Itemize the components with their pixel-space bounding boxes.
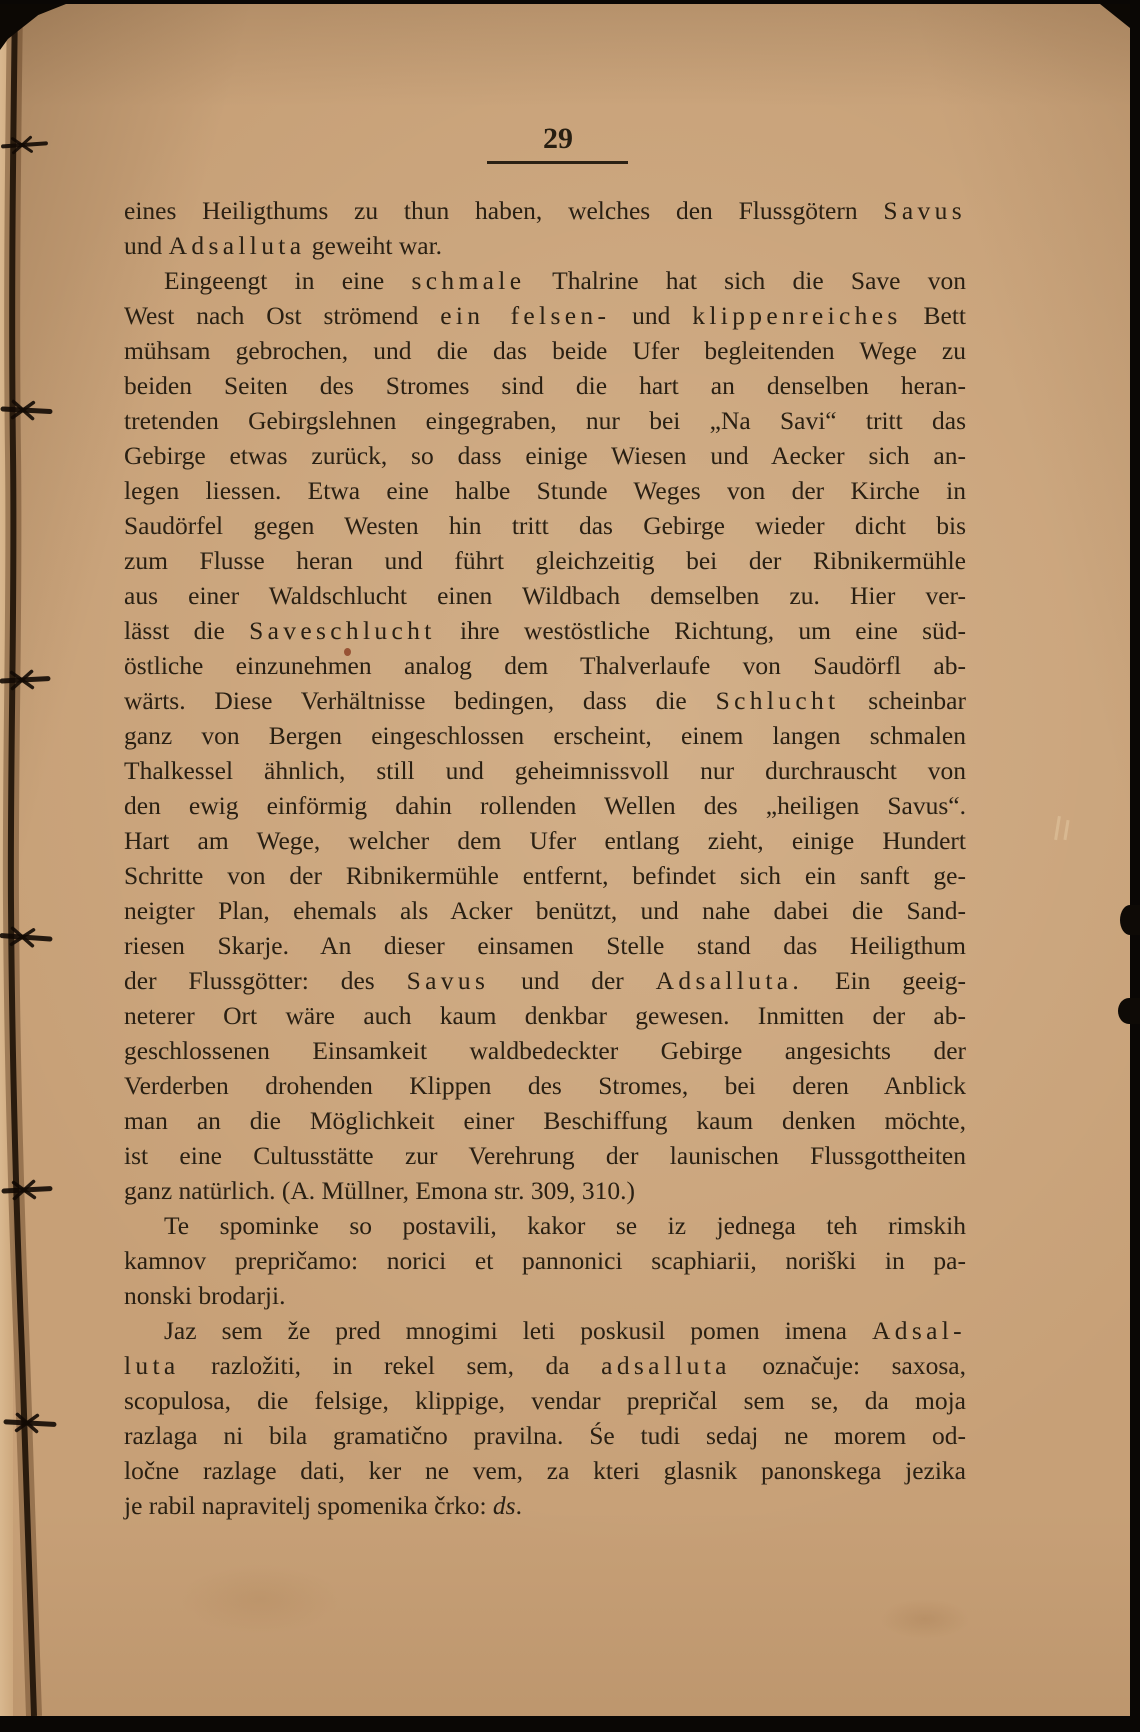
text-line: nonski brodarji. (124, 1278, 966, 1313)
body-text: wärts. Diese Verhältnisse bedingen, dass… (124, 686, 716, 715)
body-text: Saudörfel gegen Westen hin tritt das Geb… (124, 511, 966, 540)
body-text: razlaga ni bila gramatično pravilna. Śe … (124, 1421, 966, 1450)
italic-text: ds (493, 1491, 516, 1520)
body-text: Schritte von der Ribnikermühle entfernt,… (124, 861, 966, 890)
text-line: West nach Ost strömend ein felsen- und k… (124, 298, 966, 333)
text-line: Verderben drohenden Klippen des Stromes,… (124, 1068, 966, 1103)
text-line: mühsam gebrochen, und die das beide Ufer… (124, 333, 966, 368)
emphasized-spaced-text: schmale (411, 266, 525, 295)
text-line: luta razložiti, in rekel sem, da adsallu… (124, 1348, 966, 1383)
paper-stain (180, 1564, 340, 1634)
text-line: ist eine Cultusstätte zur Verehrung der … (124, 1138, 966, 1173)
text-line: legen liessen. Etwa eine halbe Stunde We… (124, 473, 966, 508)
page-number-rule (487, 161, 628, 164)
scanned-book-page: { "page": { "number": "29" }, "colors": … (0, 0, 1140, 1732)
body-text: eines Heiligthums zu thun haben, welches… (124, 196, 883, 225)
body-text: mühsam gebrochen, und die das beide Ufer… (124, 336, 966, 365)
text-line: ganz von Bergen eingeschlossen erscheint… (124, 718, 966, 753)
body-text: . (516, 1491, 522, 1520)
body-text: Bett (902, 301, 966, 330)
text-line: lässt die Saveschlucht ihre westöstliche… (124, 613, 966, 648)
paper-stain (880, 1599, 970, 1639)
text-line: Gebirge etwas zurück, so dass einige Wie… (124, 438, 966, 473)
body-text: geweiht war. (305, 231, 442, 260)
paragraph: eines Heiligthums zu thun haben, welches… (124, 193, 966, 263)
body-text: scheinbar (839, 686, 966, 715)
text-line: ganz natürlich. (A. Müllner, Emona str. … (124, 1173, 966, 1208)
body-text: tretenden Gebirgslehnen eingegraben, nur… (124, 406, 966, 435)
text-line: östliche einzunehmen analog dem Thalverl… (124, 648, 966, 683)
body-text: ločne razlage dati, ker ne vem, za kteri… (124, 1456, 966, 1485)
text-line: Thalkessel ähnlich, still und geheimniss… (124, 753, 966, 788)
body-text: Ein geeig- (803, 966, 966, 995)
adjacent-page-edge (0, 4, 13, 1716)
paragraph: Jaz sem že pred mnogimi leti poskusil po… (124, 1313, 966, 1523)
body-text: kamnov prepričamo: norici et pannonici s… (124, 1246, 966, 1275)
body-text: legen liessen. Etwa eine halbe Stunde We… (124, 476, 966, 505)
text-line: zum Flusse heran und führt gleichzeitig … (124, 543, 966, 578)
body-text: Verderben drohenden Klippen des Stromes,… (124, 1071, 966, 1100)
body-text: und (124, 231, 169, 260)
text-line: der Flussgötter: des Savus und der Adsal… (124, 963, 966, 998)
body-text: den ewig einförmig dahin rollenden Welle… (124, 791, 966, 820)
scan-corner-shadow-top-right (1100, 4, 1130, 28)
text-line: je rabil napravitelj spomenika črko: ds. (124, 1488, 966, 1523)
text-line: geschlossenen Einsamkeit waldbedeckter G… (124, 1033, 966, 1068)
text-line: neigter Plan, ehemals als Acker benützt,… (124, 893, 966, 928)
scan-edge-artifact (1120, 905, 1140, 935)
body-text: aus einer Waldschlucht einen Wildbach de… (124, 581, 966, 610)
scan-edge-artifact (1118, 998, 1140, 1024)
body-text: je rabil napravitelj spomenika črko: (124, 1491, 493, 1520)
body-text: Eingeengt in eine (164, 266, 411, 295)
emphasized-spaced-text: Adsalluta (169, 231, 306, 260)
text-line: den ewig einförmig dahin rollenden Welle… (124, 788, 966, 823)
text-line: man an die Möglichkeit einer Beschiffung… (124, 1103, 966, 1138)
text-line: beiden Seiten des Stromes sind die hart … (124, 368, 966, 403)
text-line: tretenden Gebirgslehnen eingegraben, nur… (124, 403, 966, 438)
text-line: scopulosa, die felsige, klippige, vendar… (124, 1383, 966, 1418)
paper-scratch-mark (1056, 816, 1076, 842)
emphasized-spaced-text: luta (124, 1351, 180, 1380)
emphasized-spaced-text: Adsal- (872, 1316, 966, 1345)
body-text: West nach Ost strömend (124, 301, 440, 330)
emphasized-spaced-text: Savus (883, 196, 966, 225)
text-line: neterer Ort wäre auch kaum denkbar gewes… (124, 998, 966, 1033)
book-page: 29 eines Heiligthums zu thun haben, welc… (0, 4, 1130, 1716)
text-line: razlaga ni bila gramatično pravilna. Śe … (124, 1418, 966, 1453)
body-text: zum Flusse heran und führt gleichzeitig … (124, 546, 966, 575)
body-text: riesen Skarje. An dieser einsamen Stelle… (124, 931, 966, 960)
text-line: aus einer Waldschlucht einen Wildbach de… (124, 578, 966, 613)
emphasized-spaced-text: klippenreiches (692, 301, 901, 330)
emphasized-spaced-text: Adsalluta. (656, 966, 803, 995)
body-text: ganz von Bergen eingeschlossen erscheint… (124, 721, 966, 750)
paragraph: Te spominke so postavili, kakor se iz je… (124, 1208, 966, 1313)
body-text: östliche einzunehmen analog dem Thalverl… (124, 651, 966, 680)
page-number: 29 (488, 122, 628, 156)
body-text: geschlossenen Einsamkeit waldbedeckter G… (124, 1036, 966, 1065)
body-text: razložiti, in rekel sem, da (180, 1351, 602, 1380)
text-line: Te spominke so postavili, kakor se iz je… (124, 1208, 966, 1243)
emphasized-spaced-text: Savus (407, 966, 490, 995)
text-line: ločne razlage dati, ker ne vem, za kteri… (124, 1453, 966, 1488)
body-text: Jaz sem že pred mnogimi leti poskusil po… (164, 1316, 872, 1345)
emphasized-spaced-text: Saveschlucht (249, 616, 436, 645)
page-text: eines Heiligthums zu thun haben, welches… (124, 193, 966, 1523)
text-line: eines Heiligthums zu thun haben, welches… (124, 193, 966, 228)
text-line: wärts. Diese Verhältnisse bedingen, dass… (124, 683, 966, 718)
body-text: ist eine Cultusstätte zur Verehrung der … (124, 1141, 966, 1170)
body-text: nonski brodarji. (124, 1281, 285, 1310)
body-text: neterer Ort wäre auch kaum denkbar gewes… (124, 1001, 966, 1030)
text-line: Eingeengt in eine schmale Thalrine hat s… (124, 263, 966, 298)
body-text: scopulosa, die felsige, klippige, vendar… (124, 1386, 966, 1415)
body-text: und der (489, 966, 655, 995)
text-line: Saudörfel gegen Westen hin tritt das Geb… (124, 508, 966, 543)
binding-fold-shadow (11, 4, 34, 1716)
body-text: und (610, 301, 692, 330)
body-text: Gebirge etwas zurück, so dass einige Wie… (124, 441, 966, 470)
body-text: man an die Möglichkeit einer Beschiffung… (124, 1106, 966, 1135)
text-line: und Adsalluta geweiht war. (124, 228, 966, 263)
text-line: riesen Skarje. An dieser einsamen Stelle… (124, 928, 966, 963)
binding-fold-line (11, 4, 34, 1716)
body-text: Thalkessel ähnlich, still und geheimniss… (124, 756, 966, 785)
body-text: Te spominke so postavili, kakor se iz je… (164, 1211, 966, 1240)
text-line: Jaz sem že pred mnogimi leti poskusil po… (124, 1313, 966, 1348)
emphasized-spaced-text: ein felsen- (440, 301, 610, 330)
body-text: ihre westöstliche Richtung, um eine süd- (436, 616, 966, 645)
text-line: Hart am Wege, welcher dem Ufer entlang z… (124, 823, 966, 858)
body-text: Hart am Wege, welcher dem Ufer entlang z… (124, 826, 966, 855)
body-text: označuje: saxosa, (731, 1351, 966, 1380)
body-text: neigter Plan, ehemals als Acker benützt,… (124, 896, 966, 925)
text-line: Schritte von der Ribnikermühle entfernt,… (124, 858, 966, 893)
text-line: kamnov prepričamo: norici et pannonici s… (124, 1243, 966, 1278)
emphasized-spaced-text: Schlucht (716, 686, 840, 715)
book-binding (0, 4, 90, 1716)
body-text: Thalrine hat sich die Save von (525, 266, 966, 295)
paragraph: Eingeengt in eine schmale Thalrine hat s… (124, 263, 966, 1208)
body-text: ganz natürlich. (A. Müllner, Emona str. … (124, 1176, 635, 1205)
body-text: lässt die (124, 616, 249, 645)
body-text: der Flussgötter: des (124, 966, 407, 995)
emphasized-spaced-text: adsalluta (601, 1351, 731, 1380)
body-text: beiden Seiten des Stromes sind die hart … (124, 371, 966, 400)
